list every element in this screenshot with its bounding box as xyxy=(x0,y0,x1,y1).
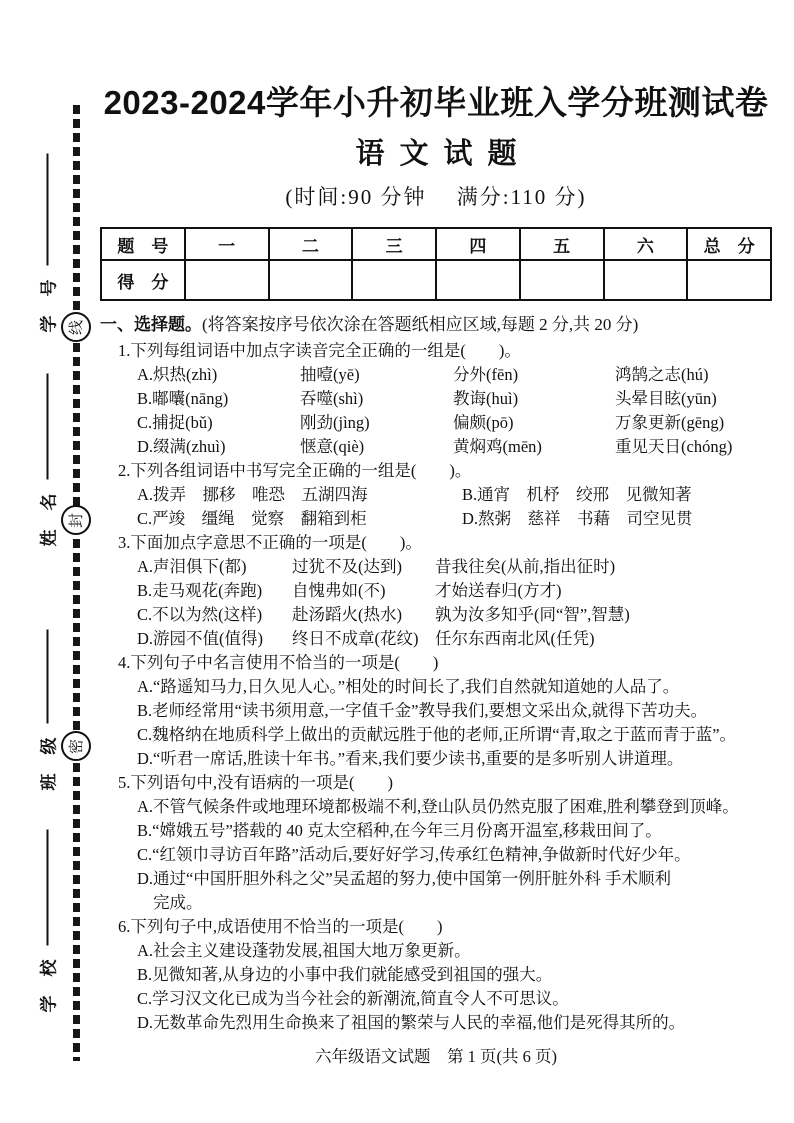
option-label: D. xyxy=(137,747,153,771)
option-line: A.不管气候条件或地理环境都极端不利,登山队员仍然克服了困难,胜利攀登到顶峰。 xyxy=(137,795,772,819)
seal-field-label: 班 级 xyxy=(35,737,60,791)
option-text: 嘟囔(nāng) xyxy=(152,389,228,408)
option-text: 赴汤蹈火(热水) xyxy=(292,605,402,624)
option-text: 炽热(zhì) xyxy=(153,365,217,384)
option-text: 黄焖鸡(mēn) xyxy=(453,437,542,456)
option-cell: 惬意(qiè) xyxy=(300,435,453,459)
score-empty-cell xyxy=(269,260,353,300)
option-cell: D.缀满(zhuì) xyxy=(137,435,300,459)
option-cell: 昔我往矣(从前,指出征时) xyxy=(435,555,772,579)
question-options: A.不管气候条件或地理环境都极端不利,登山队员仍然克服了困难,胜利攀登到顶峰。B… xyxy=(100,795,772,915)
option-text: 无数革命先烈用生命换来了祖国的繁荣与人民的幸福,他们是死得其所的。 xyxy=(153,1011,685,1035)
option-text: 教诲(huì) xyxy=(453,389,518,408)
option-text: 严竣 缰绳 觉察 翻箱到柜 xyxy=(152,509,367,528)
option-text: 走马观花(奔跑) xyxy=(152,581,262,600)
question-options: A.炽热(zhì)抽噎(yē)分外(fēn)鸿鹄之志(hú)B.嘟囔(nāng)… xyxy=(100,363,772,459)
seal-stamp-mi: 密 xyxy=(61,731,91,761)
option-cell: 分外(fēn) xyxy=(453,363,615,387)
option-label: A. xyxy=(137,365,153,384)
option-line: A.社会主义建设蓬勃发展,祖国大地万象更新。 xyxy=(137,939,772,963)
score-empty-cell xyxy=(520,260,604,300)
school-field: 学 校 xyxy=(35,830,60,1013)
option-label: B. xyxy=(137,699,152,723)
option-line: B.见微知著,从身边的小事中我们就能感受到祖国的强大。 xyxy=(137,963,772,987)
seal-field-label: 学 校 xyxy=(35,959,60,1013)
option-cell: 过犹不及(达到) xyxy=(292,555,435,579)
option-cell: A.声泪俱下(都) xyxy=(137,555,292,579)
option-label: C. xyxy=(137,987,152,1011)
option-item: A.拨弄 挪移 唯恐 五湖四海 xyxy=(137,483,462,507)
option-label: D. xyxy=(137,437,153,456)
question: 6.下列句子中,成语使用不恰当的一项是( )A.社会主义建设蓬勃发展,祖国大地万… xyxy=(100,915,772,1035)
option-cell: 任尔东西南北风(任凭) xyxy=(435,627,772,651)
option-cell: 重见天日(chóng) xyxy=(615,435,772,459)
option-text: 声泪俱下(都) xyxy=(153,557,247,576)
option-label: B. xyxy=(137,819,152,843)
option-label: A. xyxy=(137,795,153,819)
option-text: 抽噎(yē) xyxy=(300,365,360,384)
option-label: C. xyxy=(137,509,152,528)
seal-field-label: 学 号 xyxy=(35,279,60,333)
option-label: A. xyxy=(137,557,153,576)
score-table-label-cell: 题 号 xyxy=(101,228,185,260)
option-cell: 教诲(huì) xyxy=(453,387,615,411)
option-text: 任尔东西南北风(任凭) xyxy=(435,629,595,648)
option-row: A.炽热(zhì)抽噎(yē)分外(fēn)鸿鹄之志(hú) xyxy=(137,363,772,387)
seal-stamp-char: 线 xyxy=(65,319,86,334)
question: 1.下列每组词语中加点字读音完全正确的一组是( )。A.炽热(zhì)抽噎(yē… xyxy=(100,339,772,459)
score-empty-cell xyxy=(185,260,269,300)
option-label: B. xyxy=(137,389,152,408)
option-line: D.通过“中国肝胆外科之父”吴孟超的努力,使中国第一例肝脏外科 手术顺利 完成。 xyxy=(137,867,772,915)
score-table-column-cell: 四 xyxy=(436,228,520,260)
option-cell: B.嘟囔(nāng) xyxy=(137,387,300,411)
option-text: 分外(fēn) xyxy=(453,365,518,384)
option-cell: 赴汤蹈火(热水) xyxy=(292,603,435,627)
score-row-label-cell: 得 分 xyxy=(101,260,185,300)
question-stem: 3.下面加点字意思不正确的一项是( )。 xyxy=(100,531,772,555)
option-text: 孰为汝多知乎(同“智”,智慧) xyxy=(435,605,630,624)
seal-stamp-feng: 封 xyxy=(61,505,91,535)
option-text: 刚劲(jìng) xyxy=(300,413,370,432)
option-cell: 黄焖鸡(mēn) xyxy=(453,435,615,459)
option-row: B.走马观花(奔跑)自愧弗如(不)才始送春归(方才) xyxy=(137,579,772,603)
option-label: B. xyxy=(137,581,152,600)
question-stem: 1.下列每组词语中加点字读音完全正确的一组是( )。 xyxy=(100,339,772,363)
score-table-column-cell: 五 xyxy=(520,228,604,260)
score-table-column-cell: 三 xyxy=(352,228,436,260)
option-cell: 终日不成章(花纹) xyxy=(292,627,435,651)
option-text: 不以为然(这样) xyxy=(152,605,262,624)
question: 4.下列句子中名言使用不恰当的一项是( )A.“路遥知马力,日久见人心。”相处的… xyxy=(100,651,772,771)
option-text: 魏格纳在地质科学上做出的贡献远胜于他的老师,正所谓“青,取之于蓝而青于蓝”。 xyxy=(152,723,736,747)
option-label: B. xyxy=(462,485,477,504)
option-label: B. xyxy=(137,963,152,987)
option-cell: B.走马观花(奔跑) xyxy=(137,579,292,603)
score-empty-cell xyxy=(604,260,688,300)
score-table-column-cell: 一 xyxy=(185,228,269,260)
option-item: D.熬粥 慈祥 书藉 司空见贯 xyxy=(462,507,772,531)
option-cell: 头晕目眩(yūn) xyxy=(615,387,772,411)
option-text: 鸿鹄之志(hú) xyxy=(615,365,709,384)
score-table: 题 号一二三四五六总 分 得 分 xyxy=(100,227,772,301)
option-row: D.游园不值(值得)终日不成章(花纹)任尔东西南北风(任凭) xyxy=(137,627,772,651)
option-text: 游园不值(值得) xyxy=(153,629,263,648)
score-empty-cell xyxy=(436,260,520,300)
option-cell: 吞噬(shì) xyxy=(300,387,453,411)
question-options: A.社会主义建设蓬勃发展,祖国大地万象更新。B.见微知著,从身边的小事中我们就能… xyxy=(100,939,772,1035)
student-number-field: 学 号 xyxy=(35,154,60,333)
option-text: 惬意(qiè) xyxy=(300,437,364,456)
option-text: 拨弄 挪移 唯恐 五湖四海 xyxy=(153,485,368,504)
option-label: D. xyxy=(137,629,153,648)
option-cell: C.捕捉(bǔ) xyxy=(137,411,300,435)
option-text: 老师经常用“读书须用意,一字值千金”教导我们,要想文采出众,就得下苦功夫。 xyxy=(152,699,707,723)
option-text: 才始送春归(方才) xyxy=(435,581,562,600)
option-text: 终日不成章(花纹) xyxy=(292,629,419,648)
option-text: 熬粥 慈祥 书藉 司空见贯 xyxy=(478,509,693,528)
option-text: 社会主义建设蓬勃发展,祖国大地万象更新。 xyxy=(153,939,471,963)
option-text: 捕捉(bǔ) xyxy=(152,413,213,432)
score-table-column-cell: 六 xyxy=(604,228,688,260)
page-footer: 六年级语文试题 第 1 页(共 6 页) xyxy=(100,1046,772,1068)
option-label: D. xyxy=(137,867,153,915)
option-cell: 才始送春归(方才) xyxy=(435,579,772,603)
option-text: 头晕目眩(yūn) xyxy=(615,389,717,408)
option-grid: A.拨弄 挪移 唯恐 五湖四海B.通宵 机杼 绞邢 见微知著C.严竣 缰绳 觉察… xyxy=(137,483,772,531)
option-cell: 自愧弗如(不) xyxy=(292,579,435,603)
question: 3.下面加点字意思不正确的一项是( )。A.声泪俱下(都)过犹不及(达到)昔我往… xyxy=(100,531,772,651)
option-text: 昔我往矣(从前,指出征时) xyxy=(435,557,615,576)
question-options: A.拨弄 挪移 唯恐 五湖四海B.通宵 机杼 绞邢 见微知著C.严竣 缰绳 觉察… xyxy=(100,483,772,531)
question-stem: 2.下列各组词语中书写完全正确的一组是( )。 xyxy=(100,459,772,483)
seal-stamp-xian: 线 xyxy=(61,312,91,342)
option-label: A. xyxy=(137,485,153,504)
option-row: C.捕捉(bǔ)刚劲(jìng)偏颇(pō)万象更新(gēng) xyxy=(137,411,772,435)
option-row: D.缀满(zhuì)惬意(qiè)黄焖鸡(mēn)重见天日(chóng) xyxy=(137,435,772,459)
option-line: D.无数革命先烈用生命换来了祖国的繁荣与人民的幸福,他们是死得其所的。 xyxy=(137,1011,772,1035)
option-label: C. xyxy=(137,843,152,867)
option-line: D.“听君一席话,胜读十年书。”看来,我们要少读书,重要的是多听别人讲道理。 xyxy=(137,747,772,771)
seal-field-label: 姓 名 xyxy=(35,493,60,547)
question-list: 1.下列每组词语中加点字读音完全正确的一组是( )。A.炽热(zhì)抽噎(yē… xyxy=(100,339,772,1035)
score-table-column-cell: 总 分 xyxy=(687,228,771,260)
exam-meta: (时间:90 分钟 满分:110 分) xyxy=(100,183,772,211)
option-item: C.严竣 缰绳 觉察 翻箱到柜 xyxy=(137,507,462,531)
score-table-column-cell: 二 xyxy=(269,228,353,260)
option-text: 通过“中国肝胆外科之父”吴孟超的努力,使中国第一例肝脏外科 手术顺利 完成。 xyxy=(153,867,671,915)
seal-field-blank-line xyxy=(46,374,48,480)
option-label: A. xyxy=(137,939,153,963)
seal-stamp-char: 密 xyxy=(65,738,86,753)
option-cell: A.炽热(zhì) xyxy=(137,363,300,387)
option-text: “路遥知马力,日久见人心。”相处的时间长了,我们自然就知道她的人品了。 xyxy=(153,675,679,699)
option-text: 见微知著,从身边的小事中我们就能感受到祖国的强大。 xyxy=(152,963,552,987)
exam-page: 学 号姓 名班 级学 校 线封密 2023-2024学年小升初毕业班入学分班测试… xyxy=(0,0,794,1123)
option-cell: D.游园不值(值得) xyxy=(137,627,292,651)
class-field: 班 级 xyxy=(35,630,60,791)
option-line: B.老师经常用“读书须用意,一字值千金”教导我们,要想文采出众,就得下苦功夫。 xyxy=(137,699,772,723)
option-text: 偏颇(pō) xyxy=(453,413,514,432)
score-table-header-row: 题 号一二三四五六总 分 xyxy=(101,228,771,260)
option-row: C.不以为然(这样)赴汤蹈火(热水)孰为汝多知乎(同“智”,智慧) xyxy=(137,603,772,627)
option-cell: 鸿鹄之志(hú) xyxy=(615,363,772,387)
option-cell: C.不以为然(这样) xyxy=(137,603,292,627)
option-text: “听君一席话,胜读十年书。”看来,我们要少读书,重要的是多听别人讲道理。 xyxy=(153,747,683,771)
exam-title: 2023-2024学年小升初毕业班入学分班测试卷 xyxy=(100,83,772,123)
option-text: 学习汉文化已成为当今社会的新潮流,简直令人不可思议。 xyxy=(152,987,569,1011)
exam-content: 2023-2024学年小升初毕业班入学分班测试卷 语文试题 (时间:90 分钟 … xyxy=(100,0,772,1068)
section-heading: 一、选择题。(将答案按序号依次涂在答题纸相应区域,每题 2 分,共 20 分) xyxy=(100,312,772,338)
option-line: C.“红领巾寻访百年路”活动后,要好好学习,传承红色精神,争做新时代好少年。 xyxy=(137,843,772,867)
option-row: B.嘟囔(nāng)吞噬(shì)教诲(huì)头晕目眩(yūn) xyxy=(137,387,772,411)
option-cell: 偏颇(pō) xyxy=(453,411,615,435)
option-text: “嫦娥五号”搭载的 40 克太空稻种,在今年三月份离开温室,移栽田间了。 xyxy=(152,819,662,843)
question-options: A.声泪俱下(都)过犹不及(达到)昔我往矣(从前,指出征时)B.走马观花(奔跑)… xyxy=(100,555,772,651)
seal-dashed-line xyxy=(73,105,80,1061)
seal-stamp-char: 封 xyxy=(65,512,86,527)
option-text: 过犹不及(达到) xyxy=(292,557,402,576)
option-line: C.学习汉文化已成为当今社会的新潮流,简直令人不可思议。 xyxy=(137,987,772,1011)
option-text: 重见天日(chóng) xyxy=(615,437,732,456)
seal-field-blank-line xyxy=(46,830,48,946)
option-row: A.声泪俱下(都)过犹不及(达到)昔我往矣(从前,指出征时) xyxy=(137,555,772,579)
question-stem: 4.下列句子中名言使用不恰当的一项是( ) xyxy=(100,651,772,675)
option-label: C. xyxy=(137,413,152,432)
question-stem: 5.下列语句中,没有语病的一项是( ) xyxy=(100,771,772,795)
option-cell: 抽噎(yē) xyxy=(300,363,453,387)
option-text: 吞噬(shì) xyxy=(300,389,363,408)
option-text: 自愧弗如(不) xyxy=(292,581,386,600)
name-field: 姓 名 xyxy=(35,374,60,547)
option-text: 通宵 机杼 绞邢 见微知著 xyxy=(477,485,692,504)
option-cell: 孰为汝多知乎(同“智”,智慧) xyxy=(435,603,772,627)
score-table-value-row: 得 分 xyxy=(101,260,771,300)
option-text: 万象更新(gēng) xyxy=(615,413,724,432)
option-label: C. xyxy=(137,605,152,624)
question-stem: 6.下列句子中,成语使用不恰当的一项是( ) xyxy=(100,915,772,939)
question: 2.下列各组词语中书写完全正确的一组是( )。A.拨弄 挪移 唯恐 五湖四海B.… xyxy=(100,459,772,531)
question: 5.下列语句中,没有语病的一项是( )A.不管气候条件或地理环境都极端不利,登山… xyxy=(100,771,772,915)
option-text: “红领巾寻访百年路”活动后,要好好学习,传承红色精神,争做新时代好少年。 xyxy=(152,843,691,867)
score-empty-cell xyxy=(687,260,771,300)
option-line: C.魏格纳在地质科学上做出的贡献远胜于他的老师,正所谓“青,取之于蓝而青于蓝”。 xyxy=(137,723,772,747)
question-options: A.“路遥知马力,日久见人心。”相处的时间长了,我们自然就知道她的人品了。B.老… xyxy=(100,675,772,771)
option-label: A. xyxy=(137,675,153,699)
seal-field-blank-line xyxy=(46,154,48,266)
option-line: B.“嫦娥五号”搭载的 40 克太空稻种,在今年三月份离开温室,移栽田间了。 xyxy=(137,819,772,843)
option-label: C. xyxy=(137,723,152,747)
section-title: 一、选择题。 xyxy=(100,315,202,334)
option-cell: 刚劲(jìng) xyxy=(300,411,453,435)
option-text: 缀满(zhuì) xyxy=(153,437,225,456)
option-item: B.通宵 机杼 绞邢 见微知著 xyxy=(462,483,772,507)
seal-field-blank-line xyxy=(46,630,48,724)
option-cell: 万象更新(gēng) xyxy=(615,411,772,435)
section-note: (将答案按序号依次涂在答题纸相应区域,每题 2 分,共 20 分) xyxy=(202,315,638,334)
exam-subject: 语文试题 xyxy=(100,137,772,171)
option-label: D. xyxy=(137,1011,153,1035)
score-empty-cell xyxy=(352,260,436,300)
option-line: A.“路遥知马力,日久见人心。”相处的时间长了,我们自然就知道她的人品了。 xyxy=(137,675,772,699)
option-label: D. xyxy=(462,509,478,528)
option-text: 不管气候条件或地理环境都极端不利,登山队员仍然克服了困难,胜利攀登到顶峰。 xyxy=(153,795,739,819)
